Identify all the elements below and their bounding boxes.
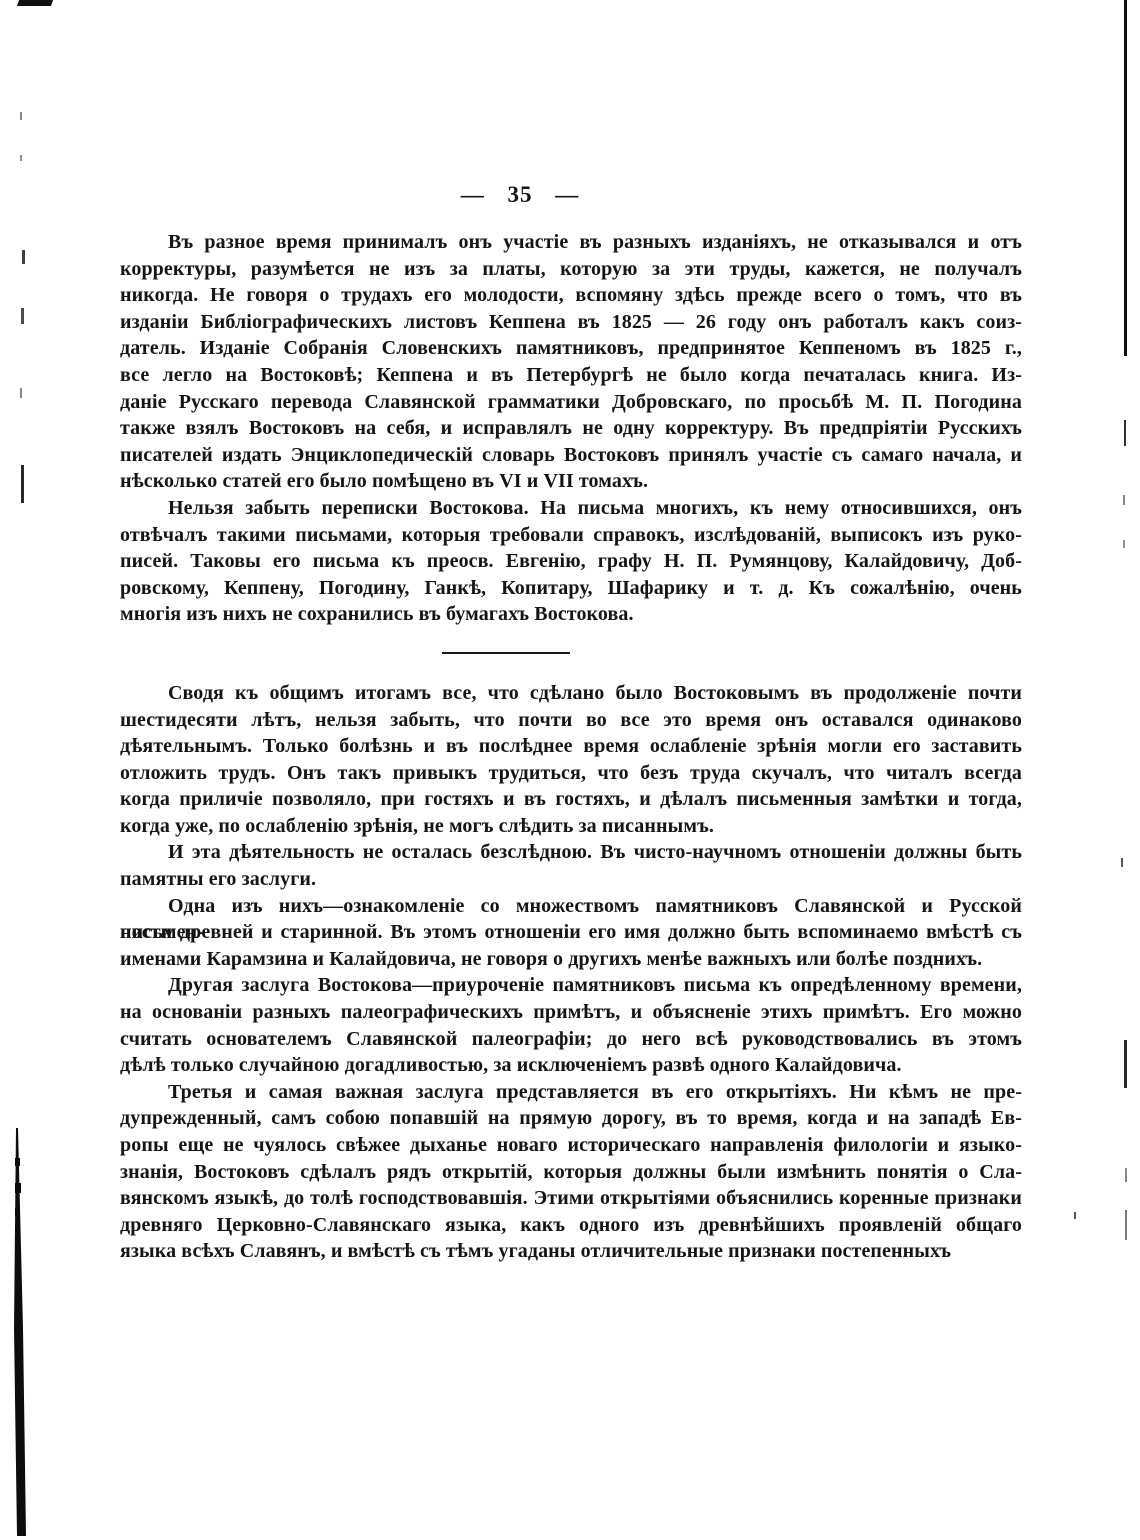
paragraph: Сводя къ общимъ итогамъ все, что сдѣлано… [120,680,1022,840]
section-2: Сводя къ общимъ итогамъ все, что сдѣлано… [120,680,1022,1265]
text-line: именами Карамзина и Калайдовича, не гово… [120,946,1022,973]
text-line: никогда. Не говоря о трудахъ его молодос… [120,282,1022,309]
text-line: Одна изъ нихъ—ознакомленіе со множеством… [120,893,1022,920]
section-divider [442,652,570,654]
scan-artifact [21,308,24,324]
text-line: изданіи Библіографическихъ листовъ Кеппе… [120,309,1022,336]
text-line: все легло на Востоковѣ; Кеппена и въ Пет… [120,362,1022,389]
text-line: датель. Изданіе Собранія Словенскихъ пам… [120,335,1022,362]
text-line: дѣлѣ только случайною догадливостью, за … [120,1052,1022,1079]
text-line: вянскомъ языкѣ, до толѣ господствовавшія… [120,1185,1022,1212]
scan-artifact [1124,420,1126,446]
text-line: ности древней и старинной. Въ этомъ отно… [120,919,1022,946]
text-line: Нельзя забыть переписки Востокова. На пи… [120,495,1022,522]
paragraph: Одна изъ нихъ—ознакомленіе со множеством… [120,893,1022,973]
text-line: также взялъ Востоковъ на себя, и исправл… [120,415,1022,442]
text-line: Въ разное время принималъ онъ участіе въ… [120,229,1022,256]
text-line: когда приличіе позволяло, при гостяхъ и … [120,786,1022,813]
text-line: когда уже, по ослабленію зрѣнія, не могъ… [120,813,1022,840]
scan-artifact [1123,495,1125,505]
scan-artifact-binding-bar [10,1128,26,1536]
text-line: И эта дѣятельность не осталась безслѣдно… [120,839,1022,866]
text-line: ровскому, Кеппену, Погодину, Ганкѣ, Копи… [120,575,1022,602]
scan-artifact [1124,1040,1127,1088]
paragraph: Другая заслуга Востокова—приуроченіе пам… [120,972,1022,1078]
scan-artifact [1121,858,1123,867]
scan-artifact [1125,1168,1127,1182]
text-line: Другая заслуга Востокова—приуроченіе пам… [120,972,1022,999]
scanned-book-page: — 35 — Въ разное время принималъ онъ уча… [0,0,1140,1540]
scan-artifact [1125,1210,1127,1240]
page-number: — 35 — [120,182,920,208]
text-line: памятны его заслуги. [120,866,1022,893]
text-line: отвѣчалъ такими письмами, которыя требов… [120,522,1022,549]
text-line: языка всѣхъ Славянъ, и вмѣстѣ съ тѣмъ уг… [120,1238,1022,1265]
text-line: отложить трудъ. Онъ такъ привыкъ трудить… [120,760,1022,787]
text-line: писателей издать Энциклопедическій слова… [120,442,1022,469]
scan-artifact [1123,540,1125,548]
text-line: знанія, Востоковъ сдѣлалъ рядъ открытій,… [120,1159,1022,1186]
text-line: нѣсколько статей его было помѣщено въ VI… [120,468,1022,495]
text-line: считать основателемъ Славянской палеогра… [120,1026,1022,1053]
scan-artifact-right-edge-line [1124,0,1127,356]
text-line: на основаніи разныхъ палеографическихъ п… [120,999,1022,1026]
text-line: шестидесяти лѣтъ, нельзя забыть, что поч… [120,707,1022,734]
paragraph: Третья и самая важная заслуга представля… [120,1079,1022,1265]
scan-artifact [21,465,24,503]
scan-artifact [20,388,22,398]
scan-artifact [1074,1212,1076,1219]
text-line: древняго Церковно-Славянскаго языка, как… [120,1212,1022,1239]
paragraph: Въ разное время принималъ онъ участіе въ… [120,229,1022,495]
scan-artifact [22,250,25,264]
text-line: дупрежденный, самъ собою попавшій на пря… [120,1105,1022,1132]
text-line: Сводя къ общимъ итогамъ все, что сдѣлано… [120,680,1022,707]
paragraph: И эта дѣятельность не осталась безслѣдно… [120,839,1022,892]
text-line: дѣятельнымъ. Только болѣзнь и въ послѣдн… [120,733,1022,760]
text-column: Въ разное время принималъ онъ участіе въ… [120,229,1022,1265]
text-line: корректуры, разумѣется не изъ за платы, … [120,256,1022,283]
text-line: Третья и самая важная заслуга представля… [120,1079,1022,1106]
text-line: ропы еще не чуялось свѣжее дыханье новаг… [120,1132,1022,1159]
text-line: многія изъ нихъ не сохранились въ бумага… [120,601,1022,628]
text-line: писей. Таковы его письма къ преосв. Евге… [120,548,1022,575]
text-line: даніе Русскаго перевода Славянской грамм… [120,389,1022,416]
scan-artifact [20,155,22,161]
paragraph: Нельзя забыть переписки Востокова. На пи… [120,495,1022,628]
section-1: Въ разное время принималъ онъ участіе въ… [120,229,1022,628]
scan-artifact-top-smudge [17,0,53,6]
scan-artifact [20,112,22,120]
